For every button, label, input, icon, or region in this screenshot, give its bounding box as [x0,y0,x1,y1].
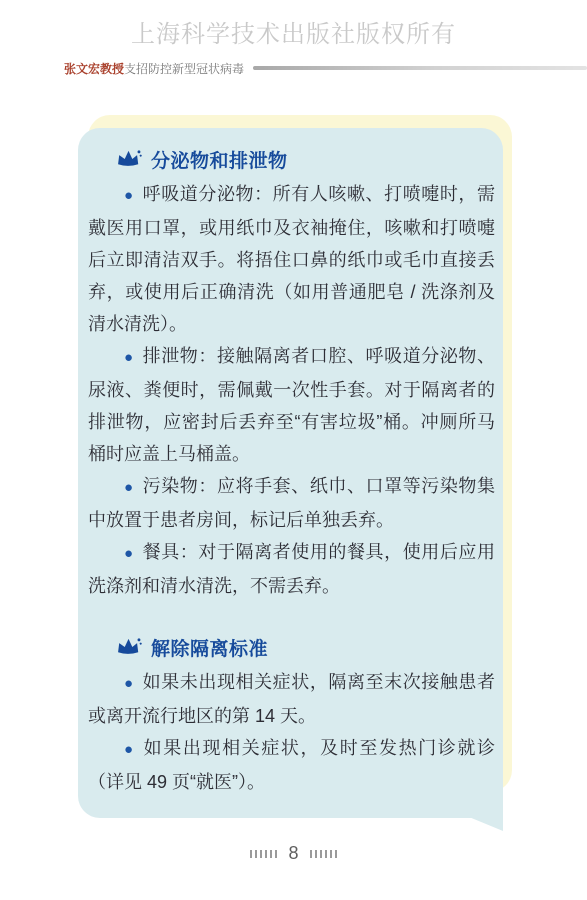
running-head: 张文宏教授 支招防控新型冠状病毒 [64,60,587,76]
list-item-text: 如果未出现相关症状，隔离至末次接触患者或离开流行地区的第 14 天。 [88,672,495,726]
folio-ticks-right-icon [310,850,337,858]
list-item: ●呼吸道分泌物：所有人咳嗽、打喷嚏时，需戴医用口罩，或用纸巾及衣袖掩住，咳嗽和打… [88,178,495,340]
header-subtitle: 支招防控新型冠状病毒 [124,60,244,77]
list-item: ●如果出现相关症状，及时至发热门诊就诊（详见 49 页“就医”）。 [88,732,495,798]
bullet-icon: ● [124,741,135,758]
section-secretions-excreta: 分泌物和排泄物 ●呼吸道分泌物：所有人咳嗽、打喷嚏时，需戴医用口罩，或用纸巾及衣… [88,144,495,602]
list-item-text: 污染物：应将手套、纸巾、口罩等污染物集中放置于患者房间，标记后单独丢弃。 [88,476,495,530]
speech-bubble-card: 分泌物和排泄物 ●呼吸道分泌物：所有人咳嗽、打喷嚏时，需戴医用口罩，或用纸巾及衣… [78,128,503,818]
list-item-text: 餐具：对于隔离者使用的餐具，使用后应用洗涤剂和清水清洗，不需丢弃。 [88,542,495,596]
list-item: ●排泄物：接触隔离者口腔、呼吸道分泌物、尿液、粪便时，需佩戴一次性手套。对于隔离… [88,340,495,470]
header-rule [253,66,587,70]
publisher-watermark: 上海科学技术出版社版权所有 [0,14,587,49]
section-title: 分泌物和排泄物 [88,144,495,174]
content-card: 分泌物和排泄物 ●呼吸道分泌物：所有人咳嗽、打喷嚏时，需戴医用口罩，或用纸巾及衣… [78,115,512,818]
bullet-icon: ● [124,479,134,496]
list-item-text: 如果出现相关症状，及时至发热门诊就诊（详见 49 页“就医”）。 [88,738,495,792]
crown-icon [116,149,142,168]
list-item-text: 呼吸道分泌物：所有人咳嗽、打喷嚏时，需戴医用口罩，或用纸巾及衣袖掩住，咳嗽和打喷… [88,184,495,334]
bullet-icon: ● [124,545,134,562]
bubble-tail-icon [469,817,503,831]
list-item: ●如果未出现相关症状，隔离至末次接触患者或离开流行地区的第 14 天。 [88,666,495,732]
list-item-text: 排泄物：接触隔离者口腔、呼吸道分泌物、尿液、粪便时，需佩戴一次性手套。对于隔离者… [88,346,495,464]
section-title: 解除隔离标准 [88,632,495,662]
list-item: ●餐具：对于隔离者使用的餐具，使用后应用洗涤剂和清水清洗，不需丢弃。 [88,536,495,602]
bullet-icon: ● [124,187,134,204]
bullet-icon: ● [124,675,134,692]
crown-icon [116,637,142,656]
section-release-criteria: 解除隔离标准 ●如果未出现相关症状，隔离至末次接触患者或离开流行地区的第 14 … [88,632,495,798]
list-item: ●污染物：应将手套、纸巾、口罩等污染物集中放置于患者房间，标记后单独丢弃。 [88,470,495,536]
bullet-icon: ● [124,349,134,366]
section-title-text: 解除隔离标准 [151,634,268,661]
page-number: 8 [288,843,298,864]
folio-ticks-left-icon [250,850,277,858]
section-title-text: 分泌物和排泄物 [151,146,288,173]
header-author: 张文宏教授 [64,60,124,77]
page-footer: 8 [0,843,587,864]
